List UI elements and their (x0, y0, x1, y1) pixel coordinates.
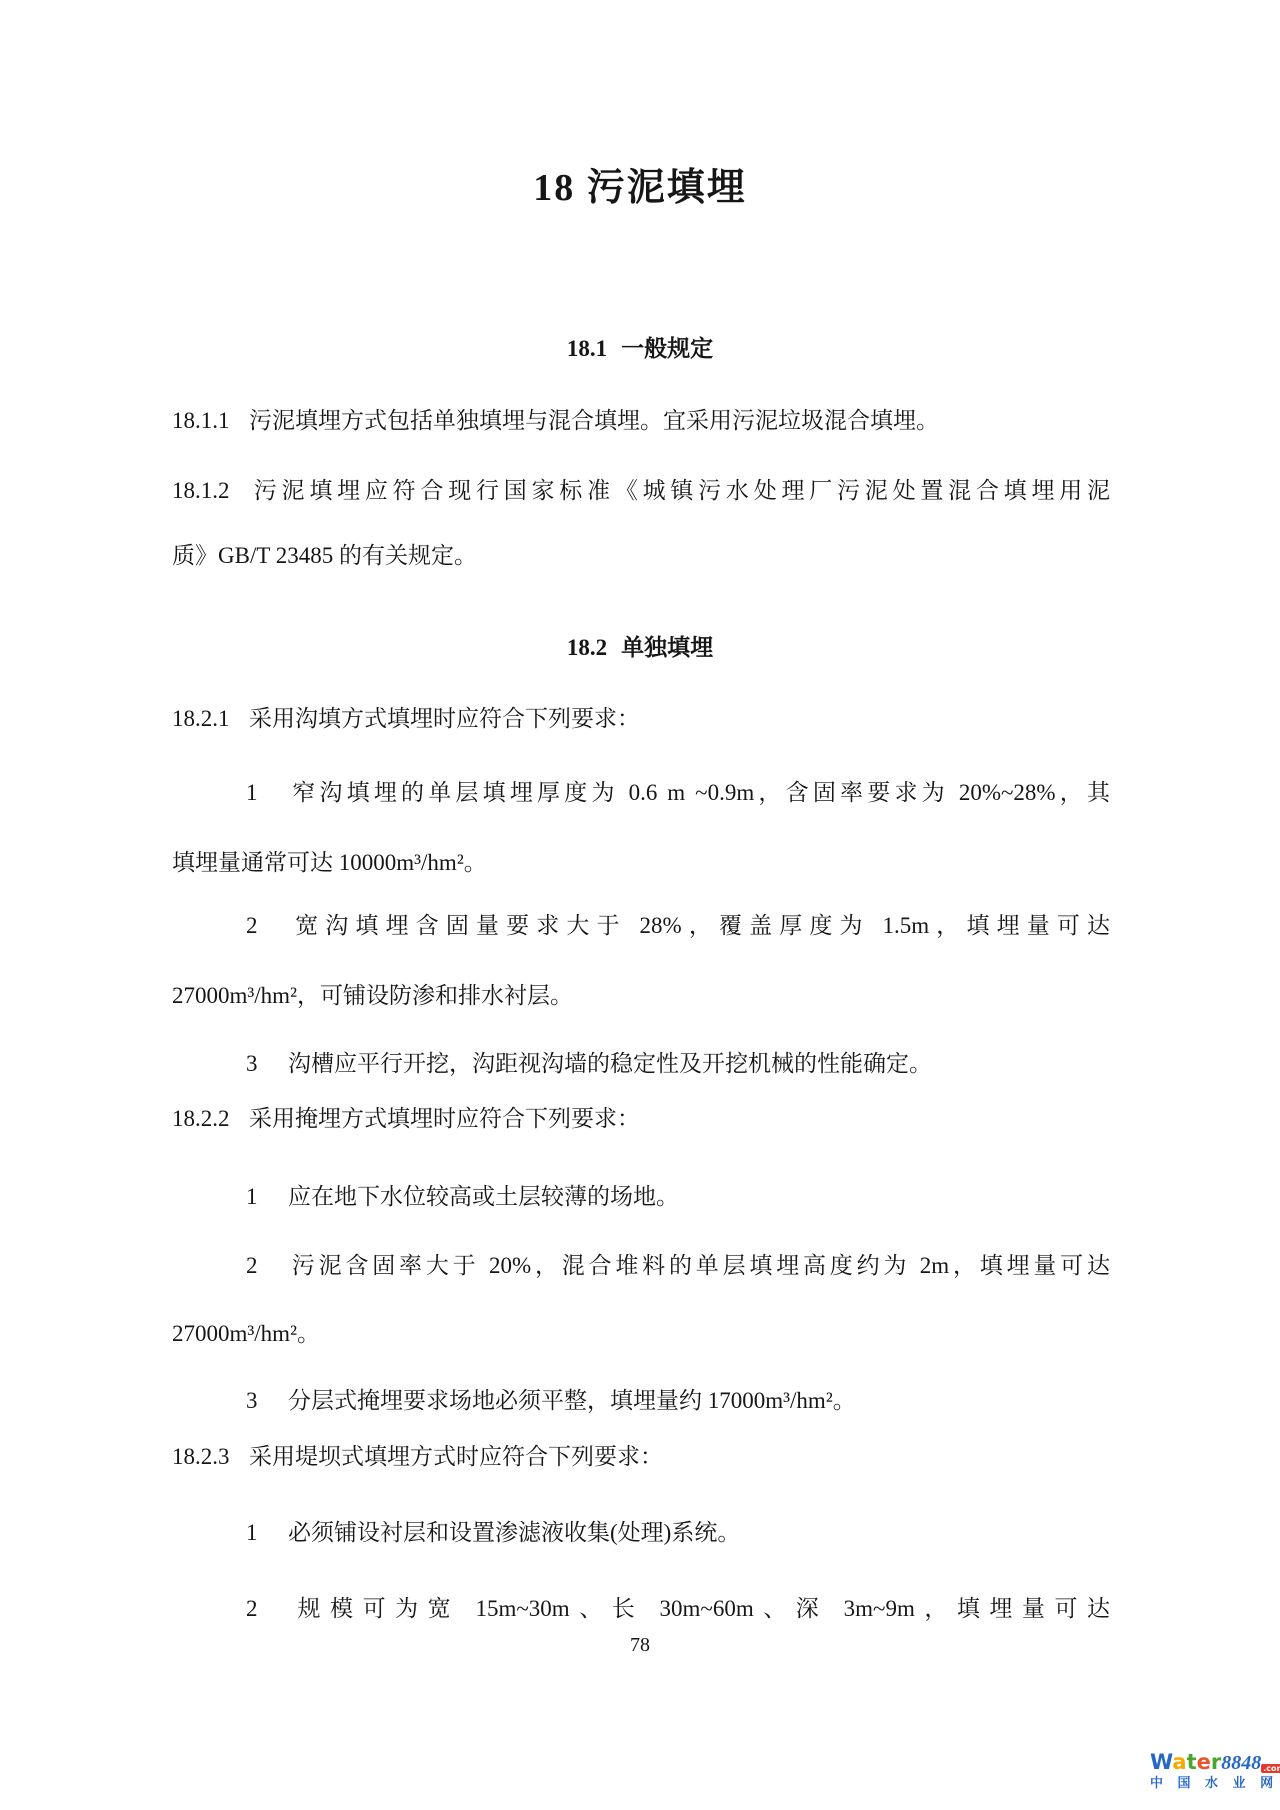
list-item-18-2-2-2-line-2: 27000m³/hm²。 (172, 1317, 1110, 1350)
watermark-letter: W (1150, 1750, 1172, 1774)
list-item-18-2-1-1-line-2: 填埋量通常可达 10000m³/hm²。 (172, 846, 1110, 879)
list-item-number: 2 (246, 1249, 288, 1282)
page-title: 18 污泥填埋 (0, 156, 1280, 211)
list-item-text: 27000m³/hm²。 (172, 1321, 320, 1346)
clause-number: 18.2.2 (172, 1102, 249, 1135)
section-heading-label: 单独填埋 (621, 635, 713, 660)
section-heading-number: 18.2 (567, 635, 607, 660)
watermark: Water8848.com 中 国 水 业 网 (1150, 1752, 1276, 1790)
list-item-18-2-1-3: 3沟槽应平行开挖，沟距视沟墙的稳定性及开挖机械的性能确定。 (172, 1047, 1110, 1080)
list-item-number: 1 (246, 1180, 288, 1213)
section-heading-label: 一般规定 (621, 336, 713, 361)
list-item-number: 2 (246, 909, 288, 942)
list-item-18-2-3-1: 1必须铺设衬层和设置渗滤液收集(处理)系统。 (172, 1516, 1110, 1549)
list-item-18-2-1-1-line-1: 1窄沟填埋的单层填埋厚度为 0.6 m ~0.9m，含固率要求为 20%~28%… (172, 776, 1110, 809)
document-page: 18 污泥填埋 18.1一般规定 18.1.1污泥填埋方式包括单独填埋与混合填埋… (0, 0, 1280, 1810)
watermark-logo: Water8848.com (1150, 1752, 1276, 1773)
watermark-letter: a (1172, 1750, 1186, 1774)
clause-text: 采用沟填方式填埋时应符合下列要求： (249, 706, 640, 731)
list-item-text: 窄沟填埋的单层填埋厚度为 0.6 m ~0.9m，含固率要求为 20%~28%，… (288, 780, 1110, 805)
list-item-number: 3 (246, 1047, 288, 1080)
list-item-18-2-2-1: 1应在地下水位较高或土层较薄的场地。 (172, 1180, 1110, 1213)
page-number: 78 (0, 1630, 1280, 1660)
clause-text: 污泥填埋方式包括单独填埋与混合填埋。宜采用污泥垃圾混合填埋。 (249, 408, 939, 433)
section-heading-18-2: 18.2单独填埋 (0, 632, 1280, 664)
clause-text: 采用堤坝式填埋方式时应符合下列要求： (249, 1444, 663, 1469)
list-item-18-2-2-2-line-1: 2污泥含固率大于 20%，混合堆料的单层填埋高度约为 2m，填埋量可达 (172, 1249, 1110, 1282)
list-item-18-2-2-3: 3分层式掩埋要求场地必须平整，填埋量约 17000m³/hm²。 (172, 1384, 1110, 1417)
watermark-letter: t (1187, 1750, 1197, 1774)
list-item-18-2-1-2-line-1: 2宽沟填埋含固量要求大于 28%，覆盖厚度为 1.5m，填埋量可达 (172, 909, 1110, 942)
section-heading-18-1: 18.1一般规定 (0, 333, 1280, 365)
clause-18-2-1: 18.2.1采用沟填方式填埋时应符合下列要求： (172, 702, 1110, 735)
clause-number: 18.2.3 (172, 1440, 249, 1473)
list-item-number: 2 (246, 1592, 288, 1625)
clause-number: 18.2.1 (172, 702, 249, 735)
clause-18-1-1: 18.1.1污泥填埋方式包括单独填埋与混合填埋。宜采用污泥垃圾混合填埋。 (172, 404, 1110, 437)
list-item-text: 应在地下水位较高或土层较薄的场地。 (288, 1184, 679, 1209)
clause-18-2-2: 18.2.2采用掩埋方式填埋时应符合下列要求： (172, 1102, 1110, 1135)
section-heading-number: 18.1 (567, 336, 607, 361)
clause-text: 污泥填埋应符合现行国家标准《城镇污水处理厂污泥处置混合填埋用泥 (249, 478, 1110, 503)
clause-text: 质》GB/T 23485 的有关规定。 (172, 543, 477, 568)
watermark-letter: r (1211, 1750, 1221, 1774)
clause-number: 18.1.2 (172, 474, 249, 507)
list-item-text: 必须铺设衬层和设置渗滤液收集(处理)系统。 (288, 1520, 740, 1545)
list-item-text: 27000m³/hm²，可铺设防渗和排水衬层。 (172, 983, 573, 1008)
clause-18-1-2-line-1: 18.1.2污泥填埋应符合现行国家标准《城镇污水处理厂污泥处置混合填埋用泥 (172, 474, 1110, 507)
list-item-text: 分层式掩埋要求场地必须平整，填埋量约 17000m³/hm²。 (288, 1388, 856, 1413)
list-item-number: 1 (246, 1516, 288, 1549)
list-item-18-2-3-2: 2规模可为宽 15m~30m、长 30m~60m、深 3m~9m，填埋量可达 (172, 1592, 1110, 1625)
list-item-text: 规模可为宽 15m~30m、长 30m~60m、深 3m~9m，填埋量可达 (288, 1596, 1110, 1621)
clause-text: 采用掩埋方式填埋时应符合下列要求： (249, 1106, 640, 1131)
watermark-dotcom: .com (1261, 1764, 1280, 1773)
list-item-18-2-1-2-line-2: 27000m³/hm²，可铺设防渗和排水衬层。 (172, 979, 1110, 1012)
clause-number: 18.1.1 (172, 404, 249, 437)
watermark-letter: e (1197, 1750, 1211, 1774)
clause-18-1-2-line-2: 质》GB/T 23485 的有关规定。 (172, 539, 1110, 572)
list-item-number: 3 (246, 1384, 288, 1417)
clause-18-2-3: 18.2.3采用堤坝式填埋方式时应符合下列要求： (172, 1440, 1110, 1473)
list-item-text: 填埋量通常可达 10000m³/hm²。 (172, 850, 487, 875)
watermark-number: 8848 (1221, 1752, 1261, 1774)
list-item-text: 宽沟填埋含固量要求大于 28%，覆盖厚度为 1.5m，填埋量可达 (288, 913, 1110, 938)
list-item-text: 沟槽应平行开挖，沟距视沟墙的稳定性及开挖机械的性能确定。 (288, 1051, 932, 1076)
watermark-subtitle: 中 国 水 业 网 (1150, 1777, 1276, 1790)
list-item-number: 1 (246, 776, 288, 809)
list-item-text: 污泥含固率大于 20%，混合堆料的单层填埋高度约为 2m，填埋量可达 (288, 1253, 1110, 1278)
